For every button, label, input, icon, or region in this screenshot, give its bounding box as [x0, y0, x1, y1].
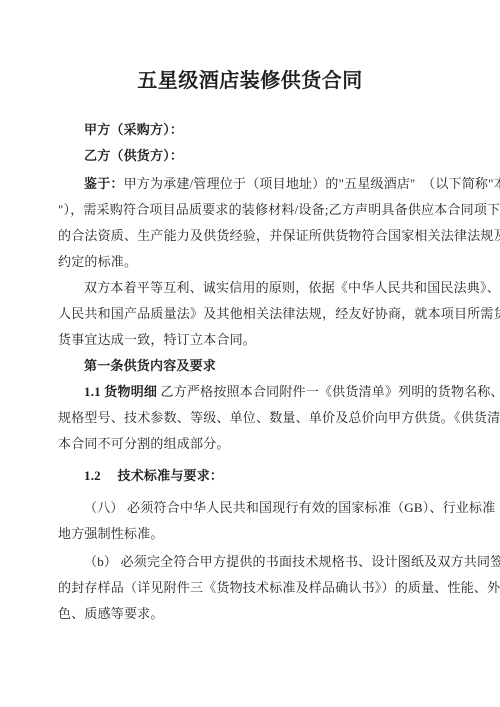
- text-run: 的封存样品（详见附件三《货物技术标准及样品确认书》）的质量、性能、外观、颜: [58, 580, 500, 595]
- text-run-bold: 鉴于：: [84, 176, 124, 191]
- text-run: 货事宜达成一致，特订立本合同。: [58, 332, 256, 347]
- contract-body: 甲方（采购方）：乙方（供货方）：鉴于：甲方为承建/管理位于（项目地址）的"五星级…: [58, 117, 444, 627]
- text-line: 的封存样品（详见附件三《货物技术标准及样品确认书》）的质量、性能、外观、颜: [58, 575, 444, 601]
- text-line: 规格型号、技术参数、等级、单位、数量、单价及总价向甲方供货。《供货清单》为: [58, 405, 444, 431]
- text-line: 的合法资质、生产能力及供货经验，并保证所供货物符合国家相关法律法规及本合同: [58, 223, 444, 249]
- text-run: 规格型号、技术参数、等级、单位、数量、单价及总价向甲方供货。《供货清单》为: [58, 410, 500, 425]
- text-run: [101, 468, 118, 483]
- text-run-bold: 甲方（采购方）：: [84, 122, 183, 137]
- contract-page: 五星级酒店装修供货合同 甲方（采购方）：乙方（供货方）：鉴于：甲方为承建/管理位…: [0, 0, 500, 707]
- text-line: 1.2 技术标准与要求：: [58, 463, 444, 489]
- text-line: 本合同不可分割的组成部分。: [58, 431, 444, 457]
- text-line: 双方本着平等互利、诚实信用的原则，依据《中华人民共和国民法典》、《中华: [58, 275, 444, 301]
- contract-title: 五星级酒店装修供货合同: [0, 66, 500, 96]
- text-line: 货事宜达成一致，特订立本合同。: [58, 327, 444, 353]
- text-run-bold: 第一条供货内容及要求: [84, 358, 216, 373]
- text-run-bold: 技术标准与要求：: [118, 468, 224, 483]
- text-run: 乙方严格按照本合同附件一《供货清单》列明的货物名称、品牌、: [157, 384, 500, 399]
- text-run: （b） 必须完全符合甲方提供的书面技术规格书、设计图纸及双方共同签字确认: [84, 554, 500, 569]
- text-run: 人民共和国产品质量法》及其他相关法律法规，经友好协商，就本项目所需货物的供: [58, 306, 500, 321]
- text-run: 地方强制性标准。: [58, 526, 164, 541]
- text-line: "），需采购符合项目品质要求的装修材料/设备;乙方声明具备供应本合同项下货物: [58, 197, 444, 223]
- text-run: 本合同不可分割的组成部分。: [58, 436, 230, 451]
- text-run: 约定的标准。: [58, 254, 137, 269]
- text-line: 人民共和国产品质量法》及其他相关法律法规，经友好协商，就本项目所需货物的供: [58, 301, 444, 327]
- text-run-bold: 1.2: [84, 468, 101, 483]
- text-run: （八） 必须符合中华人民共和国现行有效的国家标准（GB）、行业标准（）及: [84, 500, 500, 515]
- text-line: 甲方（采购方）：: [58, 117, 444, 143]
- text-run: 甲方为承建/管理位于（项目地址）的"五星级酒店'' （以下简称"本项目: [124, 176, 500, 191]
- text-line: 地方强制性标准。: [58, 521, 444, 547]
- text-line: 第一条供货内容及要求: [58, 353, 444, 379]
- text-line: （八） 必须符合中华人民共和国现行有效的国家标准（GB）、行业标准（）及: [58, 495, 444, 521]
- text-line: 约定的标准。: [58, 249, 444, 275]
- text-line: 鉴于：甲方为承建/管理位于（项目地址）的"五星级酒店'' （以下简称"本项目: [58, 171, 444, 197]
- text-line: （b） 必须完全符合甲方提供的书面技术规格书、设计图纸及双方共同签字确认: [58, 549, 444, 575]
- text-line: 1.1 货物明细 乙方严格按照本合同附件一《供货清单》列明的货物名称、品牌、: [58, 379, 444, 405]
- text-run-bold: 1.1 货物明细: [84, 384, 157, 399]
- text-run: 双方本着平等互利、诚实信用的原则，依据《中华人民共和国民法典》、《中华: [84, 280, 500, 295]
- text-run: "），需采购符合项目品质要求的装修材料/设备;乙方声明具备供应本合同项下货物: [58, 202, 500, 217]
- text-run-bold: 乙方（供货方）：: [84, 148, 183, 163]
- text-line: 乙方（供货方）：: [58, 143, 444, 169]
- text-run: 色、质感等要求。: [58, 606, 164, 621]
- text-line: 色、质感等要求。: [58, 601, 444, 627]
- text-run: 的合法资质、生产能力及供货经验，并保证所供货物符合国家相关法律法规及本合同: [58, 228, 500, 243]
